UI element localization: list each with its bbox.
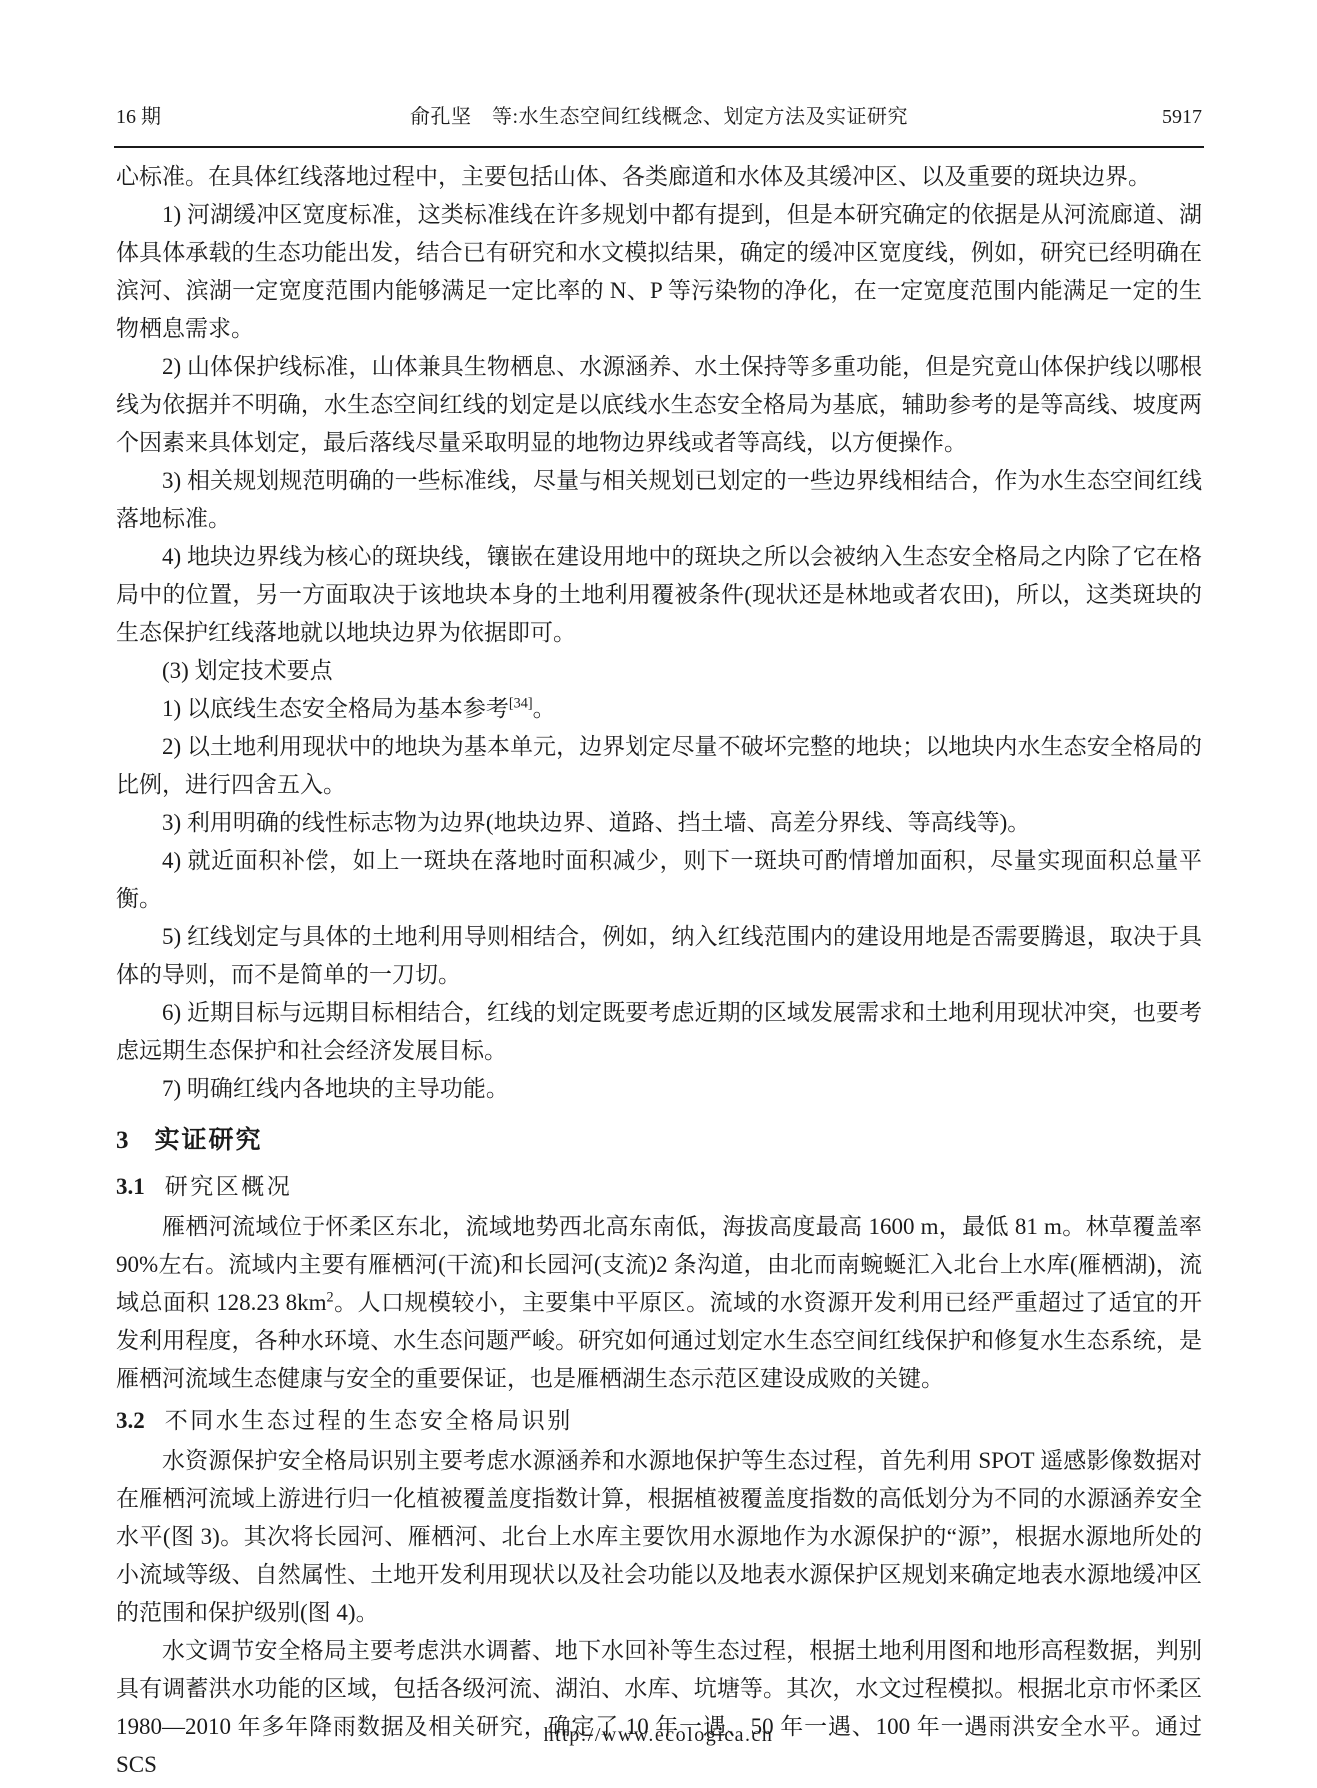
body-paragraph: 2) 以土地利用现状中的地块为基本单元，边界划定尽量不破坏完整的地块；以地块内水… [116, 728, 1202, 804]
running-header: 16 期 俞孔坚 等:水生态空间红线概念、划定方法及实证研究 5917 [116, 100, 1202, 129]
text-run: (3) 划定技术要点 [162, 658, 333, 683]
footer: http://www.ecologica.cn [0, 1724, 1317, 1747]
text-run: 2) 山体保护线标准，山体兼具生物栖息、水源涵养、水土保持等多重功能，但是究竟山… [116, 354, 1202, 455]
body-paragraph: 2) 山体保护线标准，山体兼具生物栖息、水源涵养、水土保持等多重功能，但是究竟山… [116, 348, 1202, 462]
text-run: 2) 以土地利用现状中的地块为基本单元，边界划定尽量不破坏完整的地块；以地块内水… [116, 734, 1202, 797]
section-heading: 3实证研究 [116, 1122, 1202, 1160]
text-run: 5) 红线划定与具体的土地利用导则相结合，例如，纳入红线范围内的建设用地是否需要… [116, 924, 1202, 987]
text-run: 3) 利用明确的线性标志物为边界(地块边界、道路、挡土墙、高差分界线、等高线等)… [162, 810, 1030, 835]
text-run: 心标准。在具体红线落地过程中，主要包括山体、各类廊道和水体及其缓冲区、以及重要的… [116, 164, 1151, 189]
body-paragraph: 水资源保护安全格局识别主要考虑水源涵养和水源地保护等生态过程，首先利用 SPOT… [116, 1442, 1202, 1632]
body-paragraph: 4) 就近面积补偿，如上一斑块在落地时面积减少，则下一斑块可酌情增加面积，尽量实… [116, 842, 1202, 918]
issue-label: 16 期 [116, 100, 336, 129]
heading-number: 3.1 [116, 1174, 145, 1199]
body-paragraph: 水文调节安全格局主要考虑洪水调蓄、地下水回补等生态过程，根据土地利用图和地形高程… [116, 1632, 1202, 1784]
body-paragraph: 1) 河湖缓冲区宽度标准，这类标准线在许多规划中都有提到，但是本研究确定的依据是… [116, 196, 1202, 348]
body-paragraph: 心标准。在具体红线落地过程中，主要包括山体、各类廊道和水体及其缓冲区、以及重要的… [116, 158, 1202, 196]
body-paragraph: 7) 明确红线内各地块的主导功能。 [116, 1070, 1202, 1108]
subsection-heading: 3.1研究区概况 [116, 1168, 1202, 1206]
body-paragraph: 1) 以底线生态安全格局为基本参考[34]。 [116, 690, 1202, 728]
text-run: 1) 以底线生态安全格局为基本参考 [162, 696, 509, 721]
superscript-note: 2 [326, 1289, 333, 1305]
running-title: 俞孔坚 等:水生态空间红线概念、划定方法及实证研究 [336, 100, 982, 129]
heading-title: 不同水生态过程的生态安全格局识别 [165, 1408, 573, 1433]
journal-page: 16 期 俞孔坚 等:水生态空间红线概念、划定方法及实证研究 5917 心标准。… [0, 0, 1317, 1788]
superscript-note: [34] [509, 695, 533, 711]
heading-number: 3.2 [116, 1408, 145, 1433]
text-run: 6) 近期目标与远期目标相结合，红线的划定既要考虑近期的区域发展需求和土地利用现… [116, 1000, 1202, 1063]
header-rule [114, 146, 1204, 148]
text-run: 水资源保护安全格局识别主要考虑水源涵养和水源地保护等生态过程，首先利用 SPOT… [116, 1448, 1202, 1625]
text-run: 4) 地块边界线为核心的斑块线，镶嵌在建设用地中的斑块之所以会被纳入生态安全格局… [116, 544, 1202, 645]
text-run: 7) 明确红线内各地块的主导功能。 [162, 1076, 509, 1101]
heading-title: 实证研究 [155, 1127, 263, 1154]
text-run: 水文调节安全格局主要考虑洪水调蓄、地下水回补等生态过程，根据土地利用图和地形高程… [116, 1638, 1202, 1777]
body-paragraph: 6) 近期目标与远期目标相结合，红线的划定既要考虑近期的区域发展需求和土地利用现… [116, 994, 1202, 1070]
journal-url: http://www.ecologica.cn [544, 1724, 774, 1746]
text-run: 1) 河湖缓冲区宽度标准，这类标准线在许多规划中都有提到，但是本研究确定的依据是… [116, 202, 1202, 341]
text-run: 4) 就近面积补偿，如上一斑块在落地时面积减少，则下一斑块可酌情增加面积，尽量实… [116, 848, 1202, 911]
heading-number: 3 [116, 1127, 129, 1154]
body-paragraph: 3) 利用明确的线性标志物为边界(地块边界、道路、挡土墙、高差分界线、等高线等)… [116, 804, 1202, 842]
subsection-heading: 3.2不同水生态过程的生态安全格局识别 [116, 1402, 1202, 1440]
page-number: 5917 [982, 106, 1202, 129]
heading-title: 研究区概况 [165, 1174, 293, 1199]
body-paragraph: 4) 地块边界线为核心的斑块线，镶嵌在建设用地中的斑块之所以会被纳入生态安全格局… [116, 538, 1202, 652]
body-paragraph: (3) 划定技术要点 [116, 652, 1202, 690]
text-run: 。 [533, 696, 556, 721]
text-run: 3) 相关规划规范明确的一些标准线，尽量与相关规划已划定的一些边界线相结合，作为… [116, 468, 1202, 531]
body-paragraph: 3) 相关规划规范明确的一些标准线，尽量与相关规划已划定的一些边界线相结合，作为… [116, 462, 1202, 538]
body-paragraph: 5) 红线划定与具体的土地利用导则相结合，例如，纳入红线范围内的建设用地是否需要… [116, 918, 1202, 994]
body-paragraph: 雁栖河流域位于怀柔区东北，流域地势西北高东南低，海拔高度最高 1600 m，最低… [116, 1208, 1202, 1398]
article-body: 心标准。在具体红线落地过程中，主要包括山体、各类廊道和水体及其缓冲区、以及重要的… [116, 158, 1202, 1784]
